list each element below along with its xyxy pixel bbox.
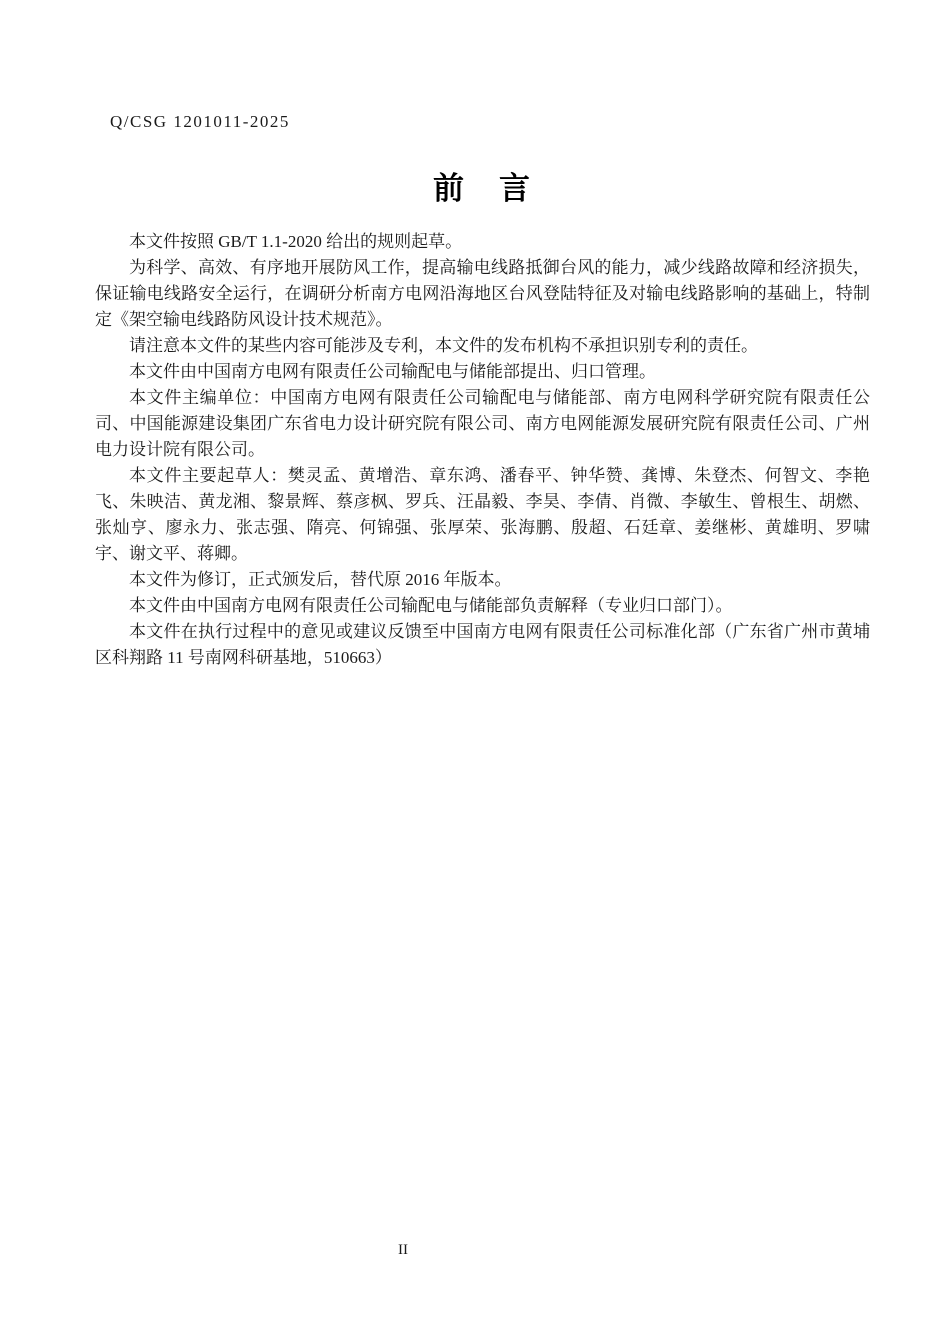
paragraph-revision-note: 本文件为修订，正式颁发后，替代原 2016 年版本。	[95, 567, 870, 593]
paragraph-feedback-address: 本文件在执行过程中的意见或建议反馈至中国南方电网有限责任公司标准化部（广东省广州…	[95, 619, 870, 671]
paragraph-proposing-department: 本文件由中国南方电网有限责任公司输配电与储能部提出、归口管理。	[95, 359, 870, 385]
paragraph-patent-notice: 请注意本文件的某些内容可能涉及专利，本文件的发布机构不承担识别专利的责任。	[95, 333, 870, 359]
page-number: II	[353, 1242, 453, 1259]
document-number: Q/CSG 1201011-2025	[110, 112, 290, 132]
document-body: 本文件按照 GB/T 1.1-2020 给出的规则起草。 为科学、高效、有序地开…	[95, 229, 870, 671]
page-title: 前 言	[95, 163, 870, 208]
paragraph-interpretation-department: 本文件由中国南方电网有限责任公司输配电与储能部负责解释（专业归口部门）。	[95, 593, 870, 619]
paragraph-main-drafters: 本文件主要起草人：樊灵孟、黄增浩、章东鸿、潘春平、钟华赞、龚博、朱登杰、何智文、…	[95, 463, 870, 567]
paragraph-drafting-rules: 本文件按照 GB/T 1.1-2020 给出的规则起草。	[95, 229, 870, 255]
paragraph-chief-editing-units: 本文件主编单位：中国南方电网有限责任公司输配电与储能部、南方电网科学研究院有限责…	[95, 385, 870, 463]
paragraph-purpose: 为科学、高效、有序地开展防风工作，提高输电线路抵御台风的能力，减少线路故障和经济…	[95, 255, 870, 333]
document-page: Q/CSG 1201011-2025 前 言 本文件按照 GB/T 1.1-20…	[0, 0, 950, 1344]
